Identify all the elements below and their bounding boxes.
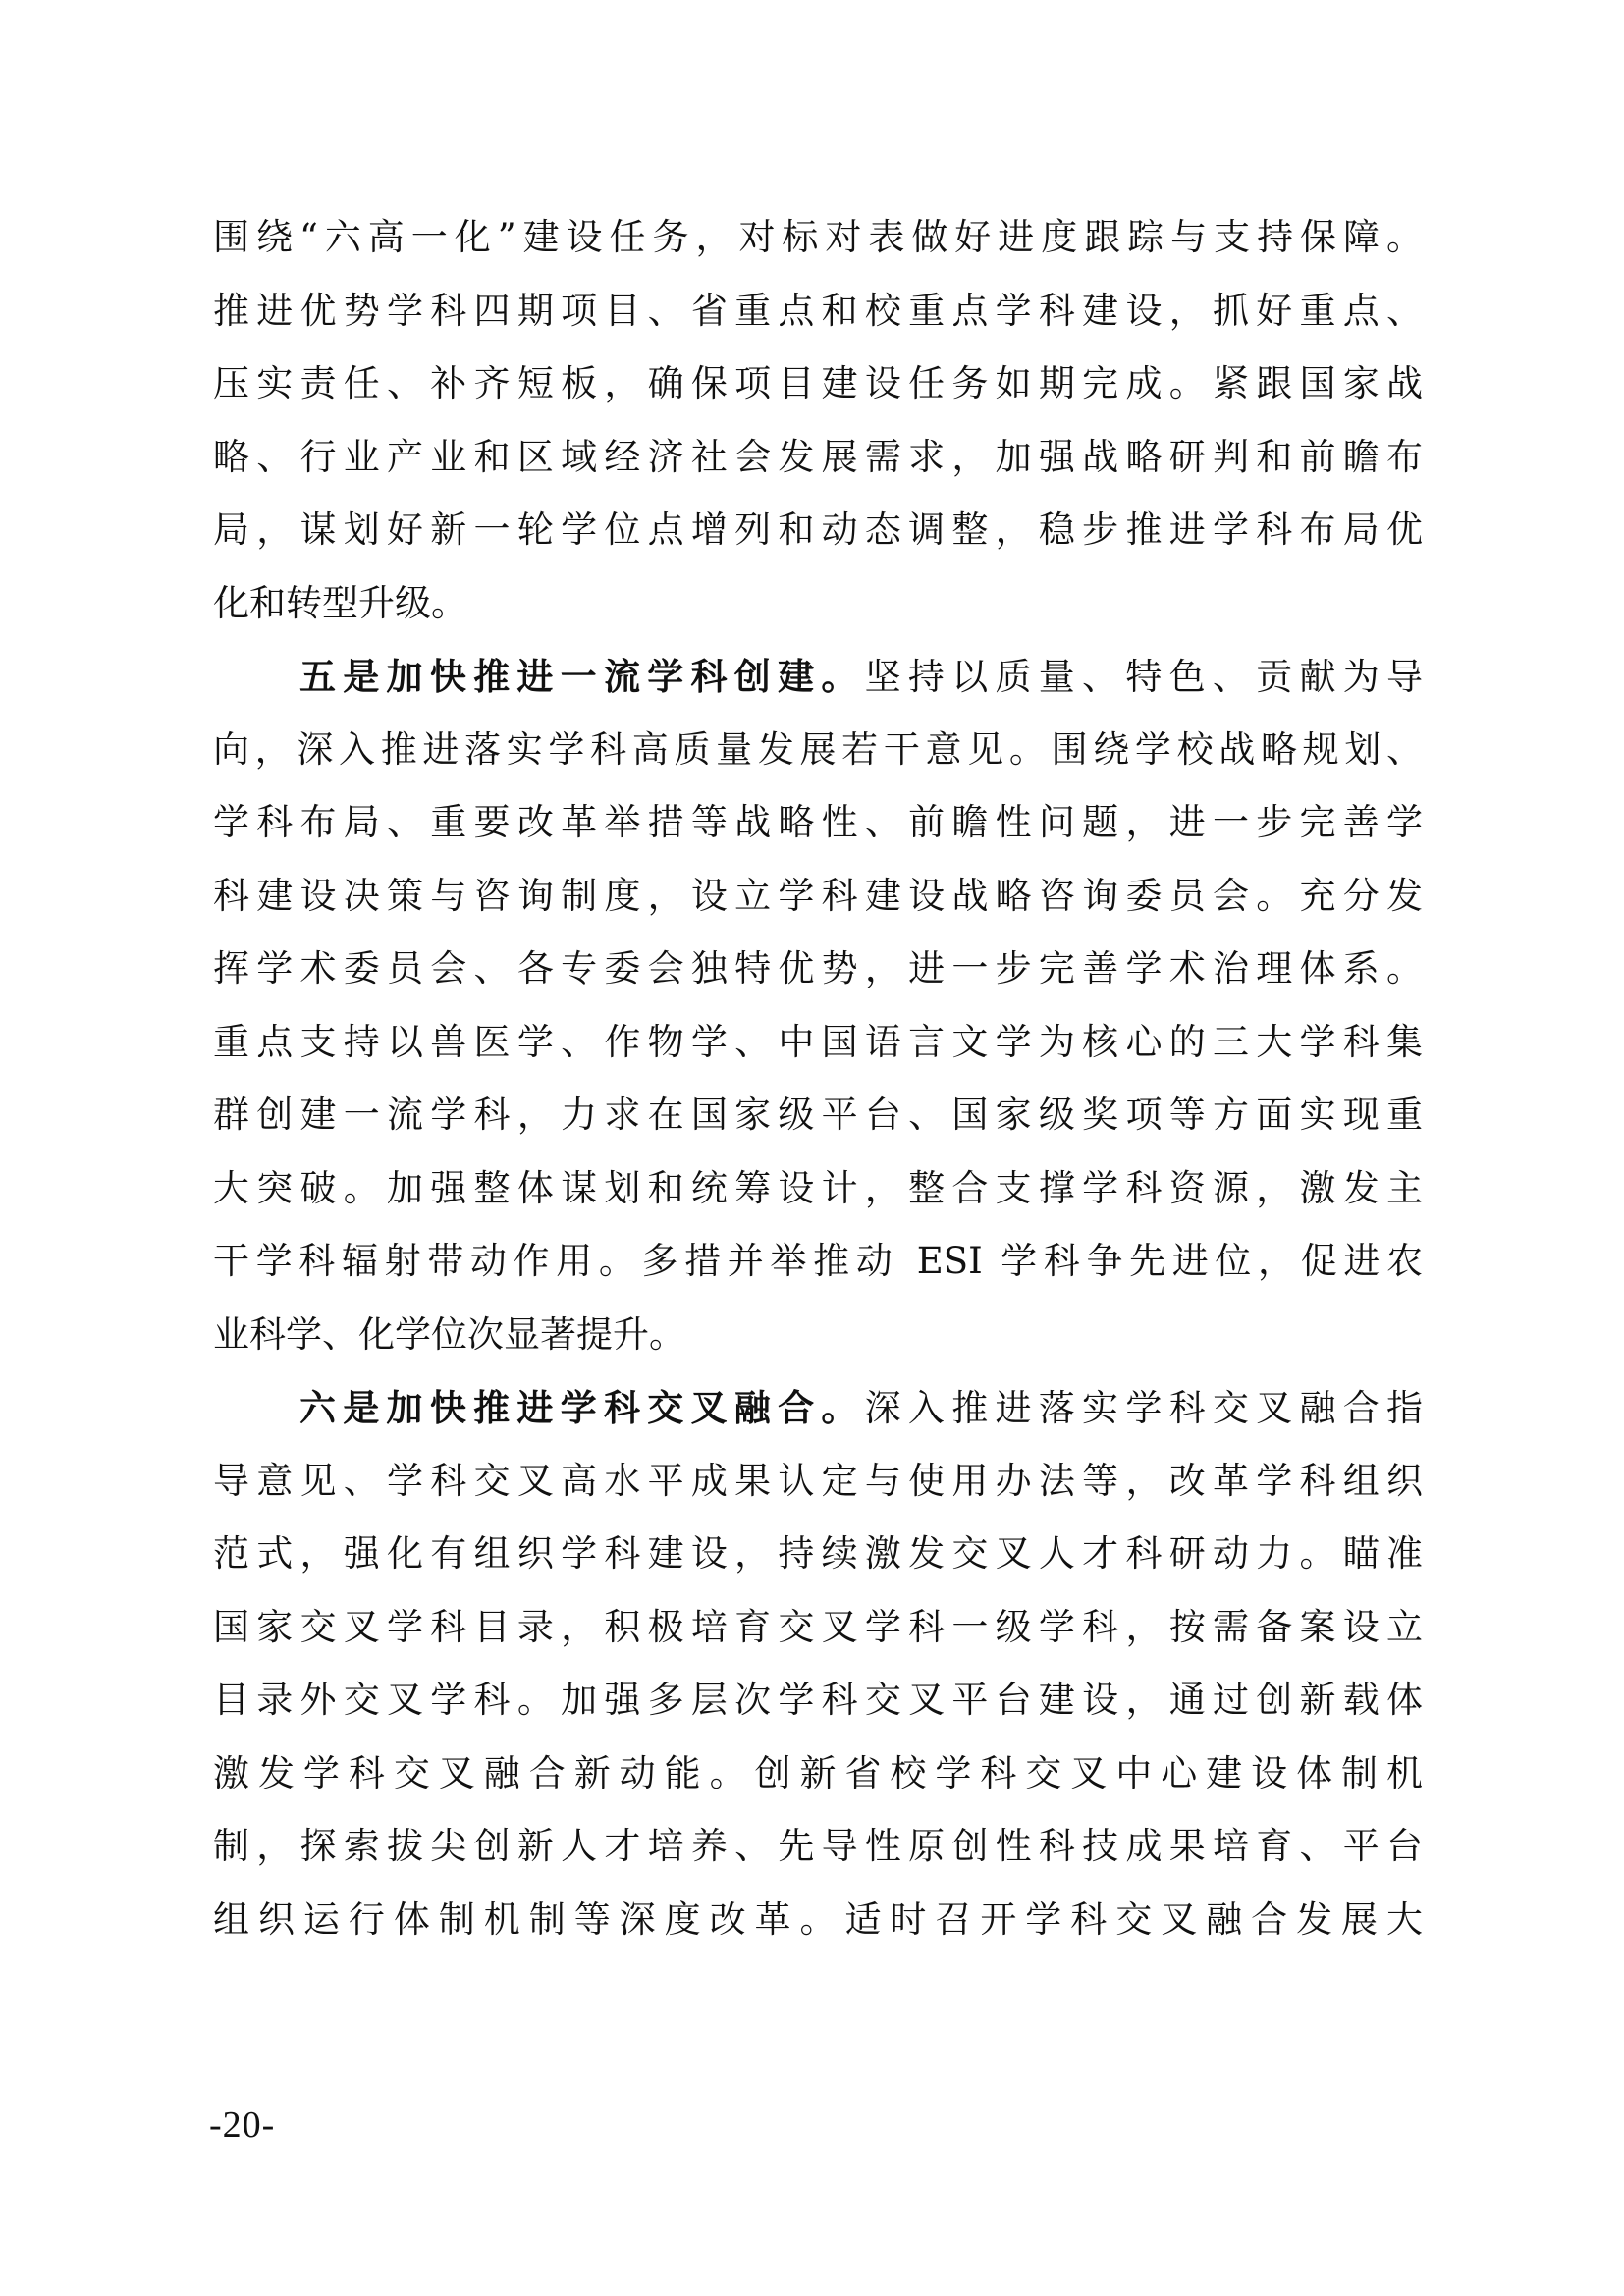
text-line: 激发学科交叉融合新动能。创新省校学科交叉中心建设体制机 [213, 1746, 1423, 1820]
text-line: 化和转型升级。 [213, 576, 1423, 650]
text-line: 干学科辐射带动作用。多措并举推动 ESI 学科争先进位，促进农 [213, 1234, 1423, 1308]
text-line: 局，谋划好新一轮学位点增列和动态调整，稳步推进学科布局优 [213, 503, 1423, 576]
text-line: 组织运行体制机制等深度改革。适时召开学科交叉融合发展大 [213, 1893, 1423, 1966]
text-run: 深入推进落实学科交叉融合指 [865, 1387, 1423, 1429]
body-text: 围绕“六高一化”建设任务，对标对表做好进度跟踪与支持保障。 推进优势学科四期项目… [213, 210, 1423, 1965]
text-line: 群创建一流学科，力求在国家级平台、国家级奖项等方面实现重 [213, 1088, 1423, 1161]
text-line: 围绕“六高一化”建设任务，对标对表做好进度跟踪与支持保障。 [213, 210, 1423, 284]
text-line: 范式，强化有组织学科建设，持续激发交叉人才科研动力。瞄准 [213, 1526, 1423, 1600]
paragraph-continuation: 围绕“六高一化”建设任务，对标对表做好进度跟踪与支持保障。 推进优势学科四期项目… [213, 210, 1423, 649]
text-line: 国家交叉学科目录，积极培育交叉学科一级学科，按需备案设立 [213, 1600, 1423, 1674]
paragraph-interdisciplinary: 六是加快推进学科交叉融合。深入推进落实学科交叉融合指 导意见、学科交叉高水平成果… [213, 1380, 1423, 1965]
text-line: 向，深入推进落实学科高质量发展若干意见。围绕学校战略规划、 [213, 722, 1423, 796]
paragraph-heading: 五是加快推进一流学科创建。 [299, 655, 865, 698]
text-run: 坚持以质量、特色、贡献为导 [865, 656, 1423, 698]
text-line-with-heading: 六是加快推进学科交叉融合。深入推进落实学科交叉融合指 [213, 1380, 1423, 1454]
text-line: 压实责任、补齐短板，确保项目建设任务如期完成。紧跟国家战 [213, 356, 1423, 430]
text-line: 推进优势学科四期项目、省重点和校重点学科建设，抓好重点、 [213, 284, 1423, 357]
text-line: 挥学术委员会、各专委会独特优势，进一步完善学术治理体系。 [213, 941, 1423, 1015]
text-line: 重点支持以兽医学、作物学、中国语言文学为核心的三大学科集 [213, 1015, 1423, 1089]
text-line: 制，探索拔尖创新人才培养、先导性原创性科技成果培育、平台 [213, 1819, 1423, 1893]
text-line: 科建设决策与咨询制度，设立学科建设战略咨询委员会。充分发 [213, 869, 1423, 942]
text-line: 导意见、学科交叉高水平成果认定与使用办法等，改革学科组织 [213, 1454, 1423, 1527]
text-line: 目录外交叉学科。加强多层次学科交叉平台建设，通过创新载体 [213, 1673, 1423, 1746]
text-line: 学科布局、重要改革举措等战略性、前瞻性问题，进一步完善学 [213, 795, 1423, 869]
paragraph-first-class-discipline: 五是加快推进一流学科创建。坚持以质量、特色、贡献为导 向，深入推进落实学科高质量… [213, 649, 1423, 1380]
text-line-with-heading: 五是加快推进一流学科创建。坚持以质量、特色、贡献为导 [213, 649, 1423, 722]
text-line: 大突破。加强整体谋划和统筹设计，整合支撑学科资源，激发主 [213, 1161, 1423, 1235]
text-line: 业科学、化学位次显著提升。 [213, 1308, 1423, 1381]
page-number: -20- [209, 2104, 275, 2147]
document-page: 围绕“六高一化”建设任务，对标对表做好进度跟踪与支持保障。 推进优势学科四期项目… [0, 0, 1624, 2296]
paragraph-heading: 六是加快推进学科交叉融合。 [299, 1386, 865, 1429]
text-line: 略、行业产业和区域经济社会发展需求，加强战略研判和前瞻布 [213, 430, 1423, 504]
